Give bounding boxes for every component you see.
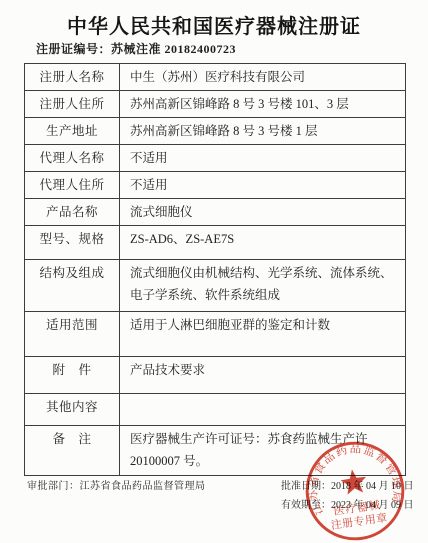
row-agent-name: 代理人名称 不适用 — [25, 145, 405, 172]
row-registrant-name: 注册人名称 中生（苏州）医疗科技有限公司 — [25, 64, 405, 91]
field-value: 不适用 — [120, 145, 405, 171]
field-value: 流式细胞仪由机械结构、光学系统、流体系统、电子学系统、软件系统组成 — [120, 260, 405, 311]
field-label: 生产地址 — [25, 118, 120, 144]
certificate-table: 注册人名称 中生（苏州）医疗科技有限公司 注册人住所 苏州高新区锦峰路 8 号 … — [24, 63, 406, 476]
row-product-name: 产品名称 流式细胞仪 — [25, 199, 405, 226]
row-attachment: 附 件 产品技术要求 — [25, 357, 405, 394]
row-other-content: 其他内容 — [25, 394, 405, 426]
field-label: 备 注 — [25, 426, 120, 475]
field-label: 代理人住所 — [25, 172, 120, 198]
official-seal: 江苏省食品药品监督管理局 医疗器械 注册专用章 — [296, 432, 413, 543]
certificate-page: 中华人民共和国医疗器械注册证 注册证编号：苏械注准 20182400723 注册… — [0, 0, 428, 543]
page-title: 中华人民共和国医疗器械注册证 — [0, 10, 428, 39]
field-value: 产品技术要求 — [120, 357, 405, 393]
field-label: 注册人住所 — [25, 91, 120, 117]
field-label: 其他内容 — [25, 394, 120, 425]
field-value: 苏州高新区锦峰路 8 号 3 号楼 101、3 层 — [120, 91, 405, 117]
row-structure-composition: 结构及组成 流式细胞仪由机械结构、光学系统、流体系统、电子学系统、软件系统组成 — [25, 260, 405, 312]
field-label: 附 件 — [25, 357, 120, 393]
field-value: 中生（苏州）医疗科技有限公司 — [120, 64, 405, 90]
field-label: 注册人名称 — [25, 64, 120, 90]
seal-graphic: 江苏省食品药品监督管理局 医疗器械 注册专用章 — [296, 432, 413, 543]
field-value: 苏州高新区锦峰路 8 号 3 号楼 1 层 — [120, 118, 405, 144]
row-model-spec: 型号、规格 ZS-AD6、ZS-AE7S — [25, 226, 405, 260]
field-value — [120, 394, 405, 425]
field-value: ZS-AD6、ZS-AE7S — [120, 226, 405, 259]
row-registrant-address: 注册人住所 苏州高新区锦峰路 8 号 3 号楼 101、3 层 — [25, 91, 405, 118]
row-scope-of-application: 适用范围 适用于人淋巴细胞亚群的鉴定和计数 — [25, 312, 405, 357]
approval-department: 审批部门：江苏省食品药品监督管理局 — [27, 477, 206, 492]
field-value: 不适用 — [120, 172, 405, 198]
field-value: 流式细胞仪 — [120, 199, 405, 225]
field-label: 型号、规格 — [25, 226, 120, 259]
field-label: 结构及组成 — [25, 260, 120, 311]
field-label: 产品名称 — [25, 199, 120, 225]
registration-number: 注册证编号：苏械注准 20182400723 — [36, 40, 236, 57]
row-production-address: 生产地址 苏州高新区锦峰路 8 号 3 号楼 1 层 — [25, 118, 405, 145]
row-agent-address: 代理人住所 不适用 — [25, 172, 405, 199]
seal-star-icon — [339, 468, 368, 496]
field-value: 适用于人淋巴细胞亚群的鉴定和计数 — [120, 312, 405, 356]
field-label: 适用范围 — [25, 312, 120, 356]
field-label: 代理人名称 — [25, 145, 120, 171]
